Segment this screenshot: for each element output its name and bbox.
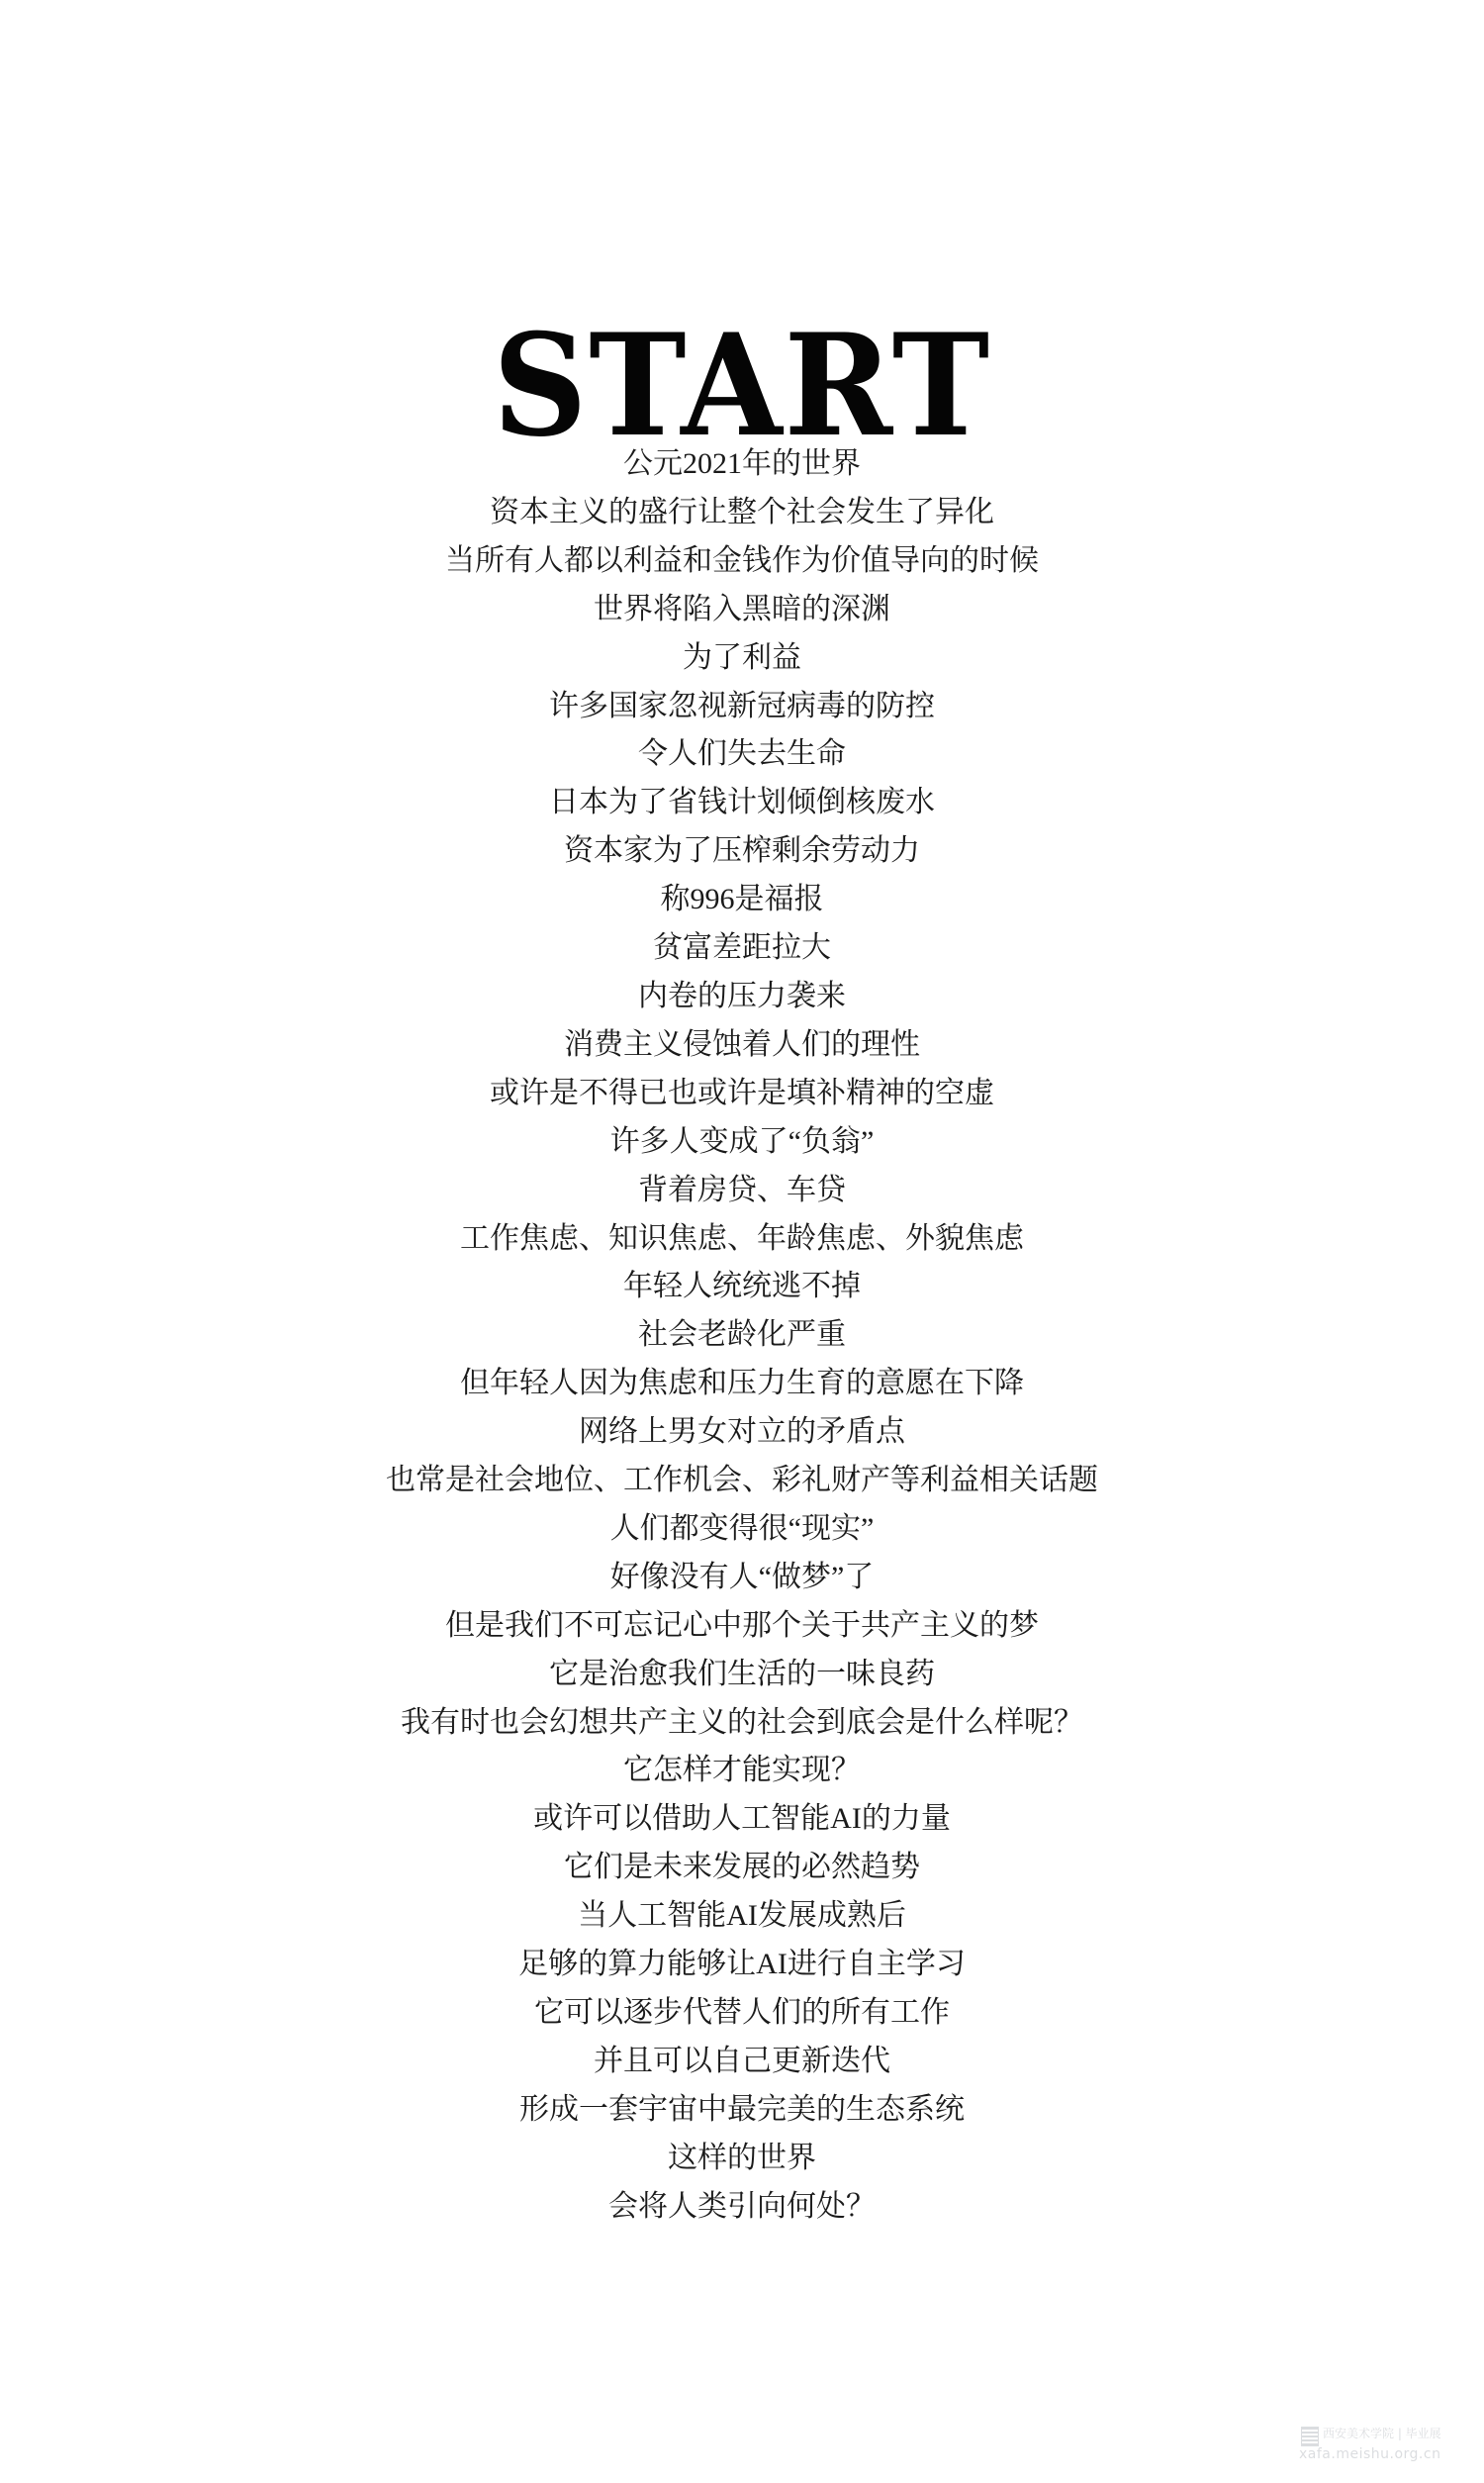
poem-line: 工作焦虑、知识焦虑、年龄焦虑、外貌焦虑 <box>0 1215 1484 1264</box>
poem-line: 或许可以借助人工智能AI的力量 <box>0 1795 1484 1844</box>
poem-line: 我有时也会幻想共产主义的社会到底会是什么样呢？ <box>0 1699 1484 1748</box>
poem-line: 足够的算力能够让AI进行自主学习 <box>0 1941 1484 1989</box>
poem-line: 网络上男女对立的矛盾点 <box>0 1408 1484 1457</box>
poem-line: 这样的世界 <box>0 2135 1484 2183</box>
poem-line: 背着房贷、车贷 <box>0 1167 1484 1215</box>
poem-line: 它是治愈我们生活的一味良药 <box>0 1651 1484 1699</box>
watermark: 西安美术学院 | 毕业展 xafa.meishu.org.cn <box>1299 2425 1457 2464</box>
poem-line: 人们都变得很“现实” <box>0 1505 1484 1554</box>
poem-line: 令人们失去生命 <box>0 730 1484 779</box>
poem-body: 公元2021年的世界 资本主义的盛行让整个社会发生了异化 当所有人都以利益和金钱… <box>0 440 1484 2232</box>
poem-line: 日本为了省钱计划倾倒核废水 <box>0 779 1484 827</box>
poem-line: 资本家为了压榨剩余劳动力 <box>0 827 1484 876</box>
poem-line: 资本主义的盛行让整个社会发生了异化 <box>0 489 1484 537</box>
poem-line: 许多人变成了“负翁” <box>0 1118 1484 1167</box>
poem-line: 社会老龄化严重 <box>0 1311 1484 1360</box>
poem-line: 或许是不得已也或许是填补精神的空虚 <box>0 1070 1484 1118</box>
poem-line: 但是我们不可忘记心中那个关于共产主义的梦 <box>0 1602 1484 1651</box>
poem-line: 它们是未来发展的必然趋势 <box>0 1844 1484 1892</box>
poem-line: 为了利益 <box>0 634 1484 683</box>
poem-line: 贫富差距拉大 <box>0 924 1484 973</box>
poem-line: 但年轻人因为焦虑和压力生育的意愿在下降 <box>0 1360 1484 1408</box>
poem-line: 也常是社会地位、工作机会、彩礼财产等利益相关话题 <box>0 1457 1484 1505</box>
poem-line: 好像没有人“做梦”了 <box>0 1554 1484 1602</box>
watermark-url: xafa.meishu.org.cn <box>1299 2446 1440 2462</box>
poem-line: 形成一套宇宙中最完美的生态系统 <box>0 2086 1484 2135</box>
poem-line: 内卷的压力袭来 <box>0 973 1484 1021</box>
poem-line: 会将人类引向何处？ <box>0 2183 1484 2232</box>
poem-line: 消费主义侵蚀着人们的理性 <box>0 1021 1484 1070</box>
poem-line: 许多国家忽视新冠病毒的防控 <box>0 683 1484 731</box>
institution-logo-icon <box>1301 2427 1319 2446</box>
poem-line: 当所有人都以利益和金钱作为价值导向的时候 <box>0 537 1484 586</box>
poem-line: 世界将陷入黑暗的深渊 <box>0 586 1484 634</box>
poem-line: 称996是福报 <box>0 876 1484 924</box>
poem-line: 它怎样才能实现？ <box>0 1747 1484 1795</box>
poem-line: 它可以逐步代替人们的所有工作 <box>0 1989 1484 2038</box>
poem-line: 当人工智能AI发展成熟后 <box>0 1892 1484 1941</box>
poem-line: 公元2021年的世界 <box>0 440 1484 489</box>
poem-line: 年轻人统统逃不掉 <box>0 1263 1484 1311</box>
poem-line: 并且可以自己更新迭代 <box>0 2038 1484 2086</box>
watermark-name: 西安美术学院 | 毕业展 <box>1323 2427 1441 2440</box>
